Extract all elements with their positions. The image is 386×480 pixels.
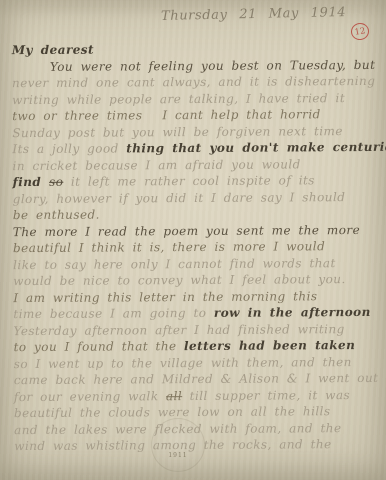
letter-line-segment: till supper time, it was xyxy=(182,388,350,403)
letter-line-segment: like to say here only I cannot find word… xyxy=(13,256,336,272)
letter-line-segment: so I went up to the village with them, a… xyxy=(14,355,352,371)
letter-line: to you I found that the letters had been… xyxy=(14,337,381,356)
letter-line-segment: all xyxy=(166,389,182,403)
letter-line-segment: in cricket because I am afraid you would xyxy=(12,157,300,173)
page-number: 12 xyxy=(354,26,366,38)
letter-line-segment: Yesterday afternoon after I had finished… xyxy=(13,322,344,338)
letter-date: Thursday 21 May 1914 xyxy=(161,5,346,24)
letter-line: writing while people are talking, I have… xyxy=(12,89,379,108)
letter-line-segment: beautiful the clouds were low on all the… xyxy=(14,404,331,420)
letter-body: My dearestYou were not feeling you best … xyxy=(12,40,382,455)
letter-line-segment: row in the afternoon xyxy=(214,305,371,320)
letter-line-segment: came back here and Mildred & Alison & I … xyxy=(14,371,379,387)
letter-line-segment: would be nice to convey what I feel abou… xyxy=(13,272,346,288)
letter-line: beautiful the clouds were low on all the… xyxy=(14,403,381,422)
letter-line-segment: Sunday post but you will be forgiven nex… xyxy=(12,124,343,140)
letter-line-segment: writing while people are talking, I have… xyxy=(12,91,345,107)
letter-line-segment: two or three times I cant help that horr… xyxy=(12,107,321,123)
letter-line: Its a jolly good thing that you don't ma… xyxy=(12,139,379,158)
letter-line-segment: beautiful I think it is, there is more I… xyxy=(13,239,325,255)
letter-line-segment: for our evening walk xyxy=(14,389,166,404)
page-number-stamp: 12 xyxy=(350,22,371,42)
letter-line-segment: so xyxy=(49,175,63,189)
letter-line-segment: it left me rather cool inspite of its xyxy=(63,173,315,189)
letter-line-segment: to you I found that the xyxy=(14,339,184,354)
letter-line: would be nice to convey what I feel abou… xyxy=(13,271,380,290)
letter-line-segment: Its a jolly good xyxy=(12,141,126,156)
letter-line-segment: never mind one cant always, and it is di… xyxy=(12,74,375,90)
letter-line-segment: time because I am going to xyxy=(13,306,214,321)
letter-line-segment: and the lakes were flecked with foam, an… xyxy=(14,421,341,437)
letter-line: glory, however if you did it I dare say … xyxy=(13,188,380,207)
letter-line: wind was whistling among the rocks, and … xyxy=(14,436,381,455)
letter-line: beautiful I think it is, there is more I… xyxy=(13,238,380,257)
letter-page: Thursday 21 May 1914 12 My dearestYou we… xyxy=(0,0,386,480)
letter-line-segment: You were not feeling you best on Tuesday… xyxy=(50,57,376,73)
letter-line-segment: wind was whistling among the rocks, and … xyxy=(14,437,332,453)
letter-line-segment: find xyxy=(13,175,50,189)
letter-line-segment: be enthused. xyxy=(13,208,100,223)
letter-line-segment: The more I read the poem you sent me the… xyxy=(13,223,360,239)
letter-line: time because I am going to row in the af… xyxy=(13,304,380,323)
letter-line: never mind one cant always, and it is di… xyxy=(12,73,379,92)
letter-line-segment: My dearest xyxy=(12,43,94,58)
letter-line: came back here and Mildred & Alison & I … xyxy=(14,370,381,389)
letter-line-segment: glory, however if you did it I dare say … xyxy=(13,190,346,206)
letter-line-segment: I am writing this letter in the morning … xyxy=(13,289,317,305)
letter-line-segment: thing that you don't make centuries xyxy=(126,140,386,156)
letter-line-segment: letters had been taken xyxy=(184,338,355,353)
